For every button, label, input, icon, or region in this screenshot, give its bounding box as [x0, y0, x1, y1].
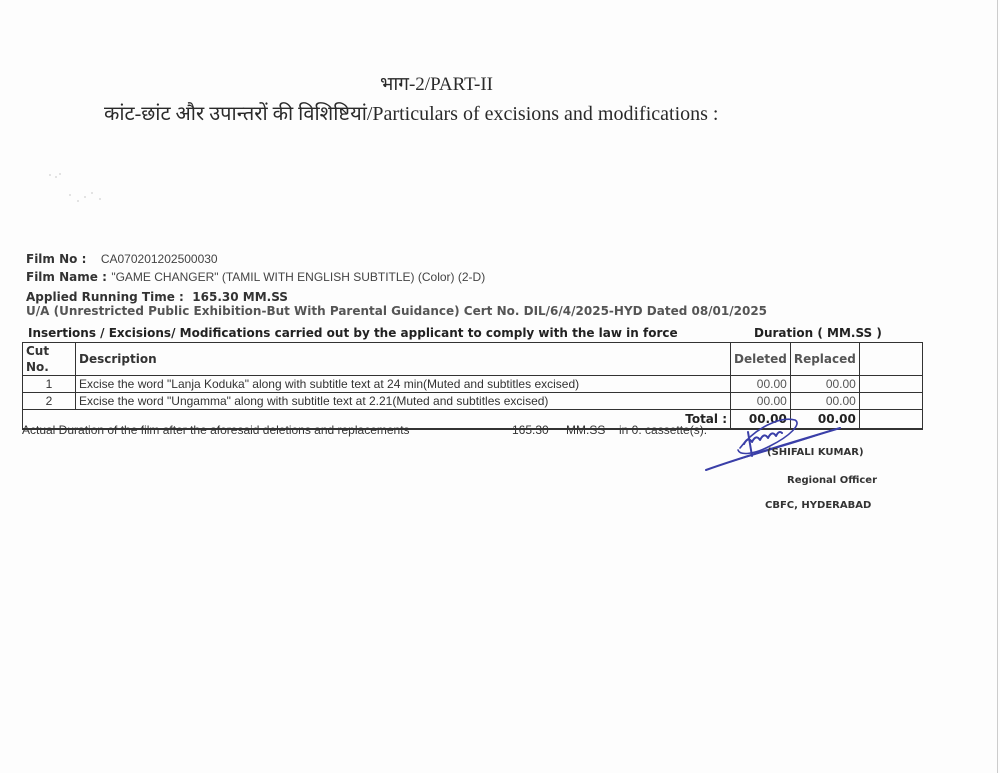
col-replaced: Replaced: [790, 343, 859, 376]
officer-office: CBFC, HYDERABAD: [765, 500, 871, 511]
table-row: 1 Excise the word "Lanja Koduka" along w…: [23, 376, 923, 393]
officer-name: (SHIFALI KUMAR): [767, 447, 864, 458]
table-header-row: Cut No. Description Deleted Replaced: [23, 343, 923, 376]
actual-duration-unit: MM.SS: [566, 423, 605, 437]
replaced-cell: 00.00: [790, 393, 859, 410]
film-name-row: Film Name : "GAME CHANGER" (TAMIL WITH E…: [26, 268, 485, 286]
scan-noise: [30, 165, 120, 215]
replaced-cell: 00.00: [790, 376, 859, 393]
signature-icon: [700, 408, 850, 478]
blank-cell: [859, 410, 922, 430]
certificate-line: U/A (Unrestricted Public Exhibition-But …: [26, 304, 767, 318]
actual-cassette: in 0. cassette(s).: [619, 423, 707, 437]
description-cell: Excise the word "Lanja Koduka" along wit…: [76, 376, 731, 393]
col-deleted: Deleted: [731, 343, 791, 376]
blank-cell: [859, 393, 922, 410]
running-time-label: Applied Running Time :: [26, 290, 184, 304]
table-row: 2 Excise the word "Ungamma" along with s…: [23, 393, 923, 410]
col-blank: [859, 343, 922, 376]
particulars-title: कांट-छांट और उपान्तरों की विशिष्टियां/Pa…: [104, 99, 718, 126]
actual-duration-value: 165.30: [512, 423, 549, 437]
description-cell: Excise the word "Ungamma" along with sub…: [76, 393, 731, 410]
film-no-row: Film No : CA070201202500030: [26, 250, 218, 268]
film-no-label: Film No :: [26, 252, 86, 266]
page-edge: [997, 0, 998, 773]
deleted-cell: 00.00: [731, 393, 791, 410]
deleted-cell: 00.00: [731, 376, 791, 393]
running-time-value: 165.30 MM.SS: [192, 290, 288, 304]
actual-duration-label: Actual Duration of the film after the af…: [22, 423, 410, 437]
blank-cell: [859, 376, 922, 393]
officer-title: Regional Officer: [787, 475, 877, 486]
col-cut-no: Cut No.: [23, 343, 76, 376]
film-no-value: CA070201202500030: [101, 252, 218, 266]
film-name-label: Film Name :: [26, 270, 107, 284]
cut-no-cell: 2: [23, 393, 76, 410]
duration-heading: Duration ( MM.SS ): [754, 326, 882, 340]
cut-no-cell: 1: [23, 376, 76, 393]
insertions-heading: Insertions / Excisions/ Modifications ca…: [28, 326, 678, 340]
film-name-value: "GAME CHANGER" (TAMIL WITH ENGLISH SUBTI…: [111, 270, 485, 284]
part-title: भाग-2/PART-II: [380, 70, 493, 96]
col-description: Description: [76, 343, 731, 376]
